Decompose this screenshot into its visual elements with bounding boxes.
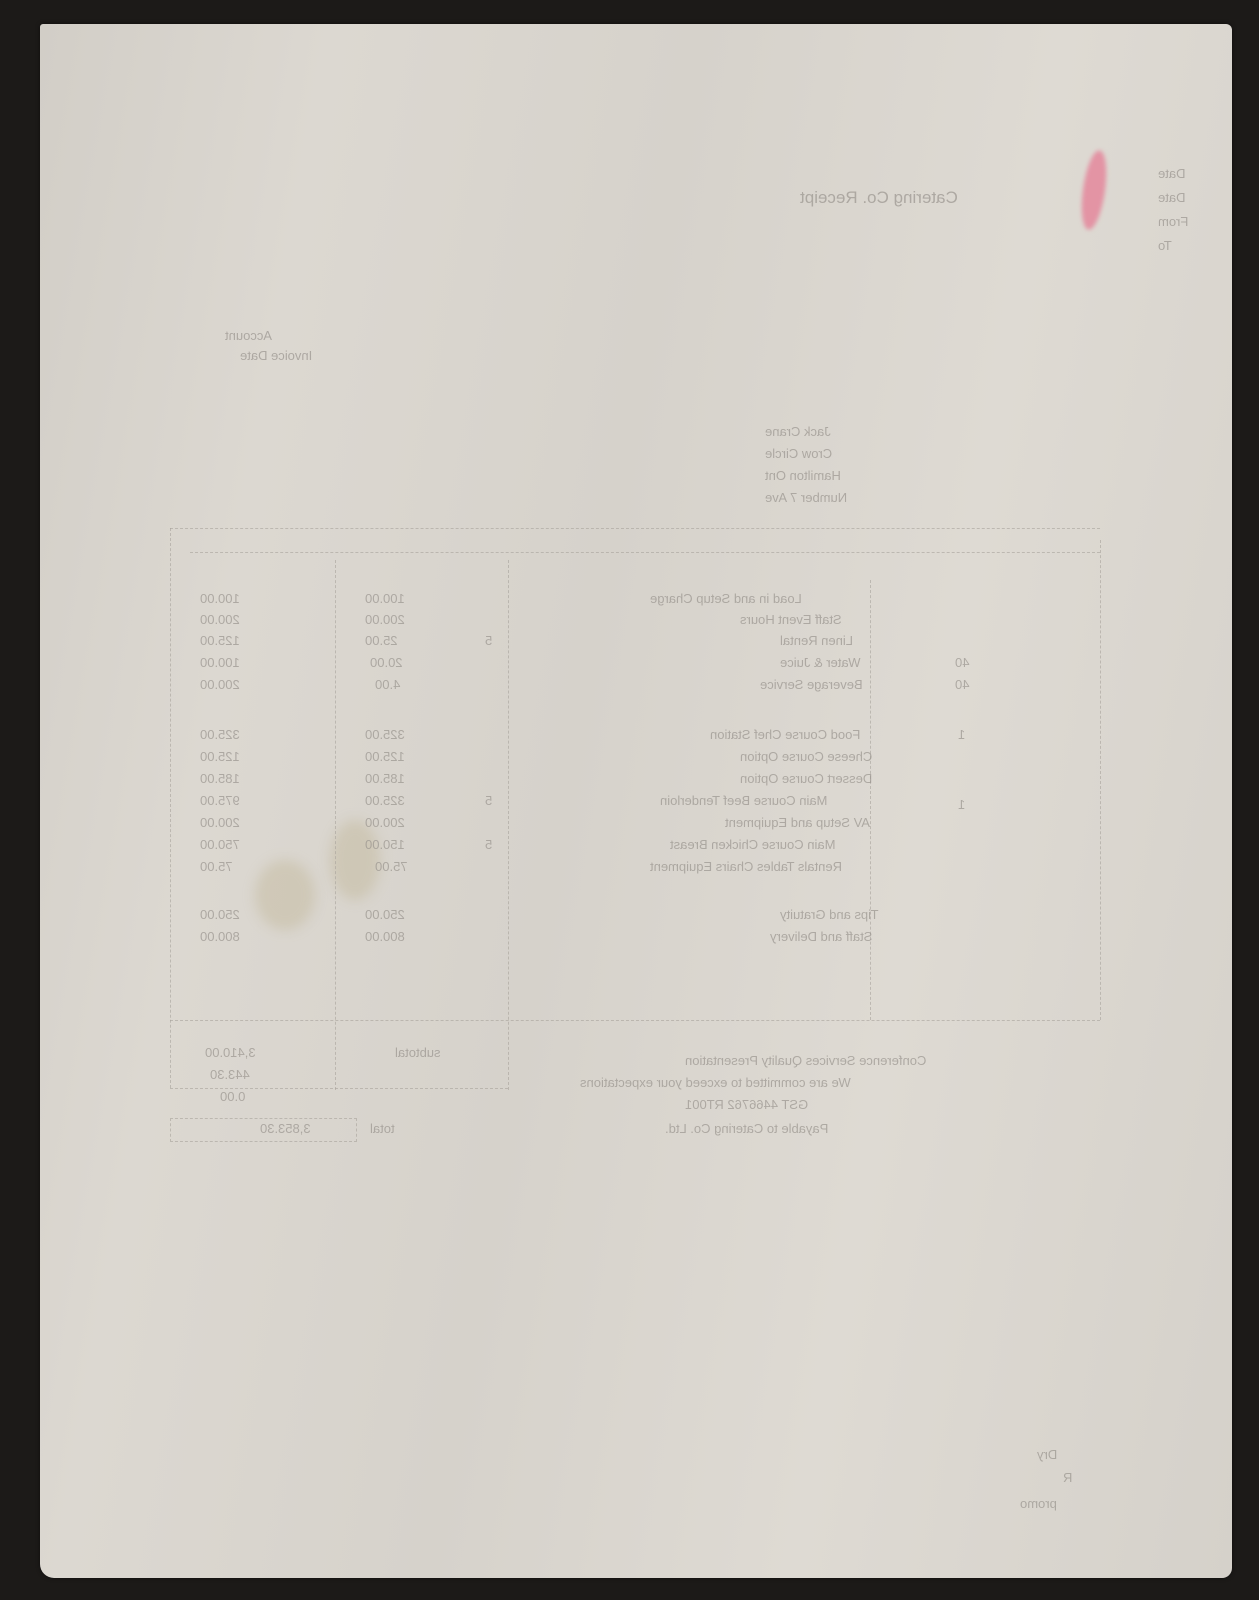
row-rate: 185.00: [365, 771, 405, 786]
row-amount: 100.00: [200, 591, 240, 606]
edge-label: Date: [1158, 166, 1185, 181]
subtotal-label: subtotal: [395, 1045, 441, 1060]
total-label: total: [370, 1121, 395, 1136]
qty-mark: 1: [958, 797, 965, 812]
row-rate: 325.00: [365, 793, 405, 808]
row-amount: 200.00: [200, 815, 240, 830]
row-qty: 5: [485, 633, 492, 648]
note-line: Conference Services Quality Presentation: [685, 1053, 926, 1068]
row-desc: Linen Rental: [780, 633, 853, 648]
row-desc: Staff Event Hours: [740, 612, 842, 627]
row-rate: 250.00: [365, 907, 405, 922]
other-value: 0.00: [220, 1089, 245, 1104]
row-desc: Load in and Setup Charge: [650, 591, 802, 606]
table-top-line: [170, 528, 1100, 529]
row-desc: Water & Juice: [780, 655, 860, 670]
row-rate: 325.00: [365, 727, 405, 742]
row-rate: 200.00: [365, 815, 405, 830]
row-amount: 250.00: [200, 907, 240, 922]
row-rate: 150.00: [365, 837, 405, 852]
row-desc: AV Setup and Equipment: [725, 815, 870, 830]
row-desc: Cheese Course Option: [740, 749, 872, 764]
row-amount: 100.00: [200, 655, 240, 670]
note-line: GST 4466762 RT001: [685, 1097, 808, 1112]
row-desc: Main Course Chicken Breast: [670, 837, 835, 852]
address-left: Account: [225, 328, 272, 343]
stain-mark: [255, 860, 315, 930]
qty-mark: 1: [958, 727, 965, 742]
edge-label: From: [1158, 214, 1188, 229]
row-amount: 750.00: [200, 837, 240, 852]
row-rate: 20.00: [370, 655, 403, 670]
row-amount: 975.00: [200, 793, 240, 808]
row-amount: 325.00: [200, 727, 240, 742]
row-rate: 4.00: [375, 677, 400, 692]
corner-line: Dry: [1037, 1447, 1057, 1462]
row-rate: 200.00: [365, 612, 405, 627]
table-bottom-line: [170, 1020, 1100, 1021]
row-desc: Staff and Delivery: [770, 929, 872, 944]
total-value: 3,853.30: [260, 1121, 311, 1136]
edge-label: Date: [1158, 190, 1185, 205]
table-col-line: [870, 580, 871, 1020]
company-line: Catering Co. Receipt: [800, 188, 958, 208]
table-col-line: [508, 560, 509, 1090]
address-left: Invoice Date: [240, 348, 312, 363]
row-desc: Dessert Course Option: [740, 771, 872, 786]
row-amount: 200.00: [200, 677, 240, 692]
row-desc: Rentals Tables Chairs Equipment: [650, 859, 842, 874]
row-desc: Main Course Beef Tenderloin: [660, 793, 827, 808]
row-desc: Tips and Gratuity: [780, 907, 879, 922]
client-line: Crow Circle: [765, 446, 832, 461]
row-desc: Beverage Service: [760, 677, 863, 692]
row-amount: 125.00: [200, 633, 240, 648]
row-rate: 125.00: [365, 749, 405, 764]
table-header-line: [190, 552, 1100, 553]
row-amount: 200.00: [200, 612, 240, 627]
row-amount: 800.00: [200, 929, 240, 944]
stain-mark: [330, 820, 380, 900]
row-rate: 25.00: [365, 633, 398, 648]
corner-line: R: [1063, 1470, 1072, 1485]
qty-mark: 40: [955, 677, 969, 692]
row-desc: Food Course Chef Station: [710, 727, 860, 742]
row-amount: 75.00: [200, 859, 233, 874]
note-line: We are committed to exceed your expectat…: [580, 1075, 851, 1090]
table-right-line: [1100, 540, 1101, 1020]
client-line: Hamilton Ont: [765, 468, 841, 483]
edge-label: To: [1158, 238, 1172, 253]
row-rate: 100.00: [365, 591, 405, 606]
note-line: Payable to Catering Co. Ltd.: [665, 1121, 828, 1136]
row-rate: 800.00: [365, 929, 405, 944]
qty-mark: 40: [955, 655, 969, 670]
row-amount: 185.00: [200, 771, 240, 786]
table-left-line: [170, 528, 171, 1088]
row-amount: 125.00: [200, 749, 240, 764]
table-col-line: [335, 560, 336, 1090]
client-line: Number 7 Ave: [765, 490, 847, 505]
corner-line: promo: [1020, 1496, 1057, 1511]
client-line: Jack Crane: [765, 424, 831, 439]
row-qty: 5: [485, 793, 492, 808]
tax-value: 443.30: [210, 1067, 250, 1082]
subtotal-value: 3,410.00: [205, 1045, 256, 1060]
row-qty: 5: [485, 837, 492, 852]
row-rate: 75.00: [375, 859, 408, 874]
